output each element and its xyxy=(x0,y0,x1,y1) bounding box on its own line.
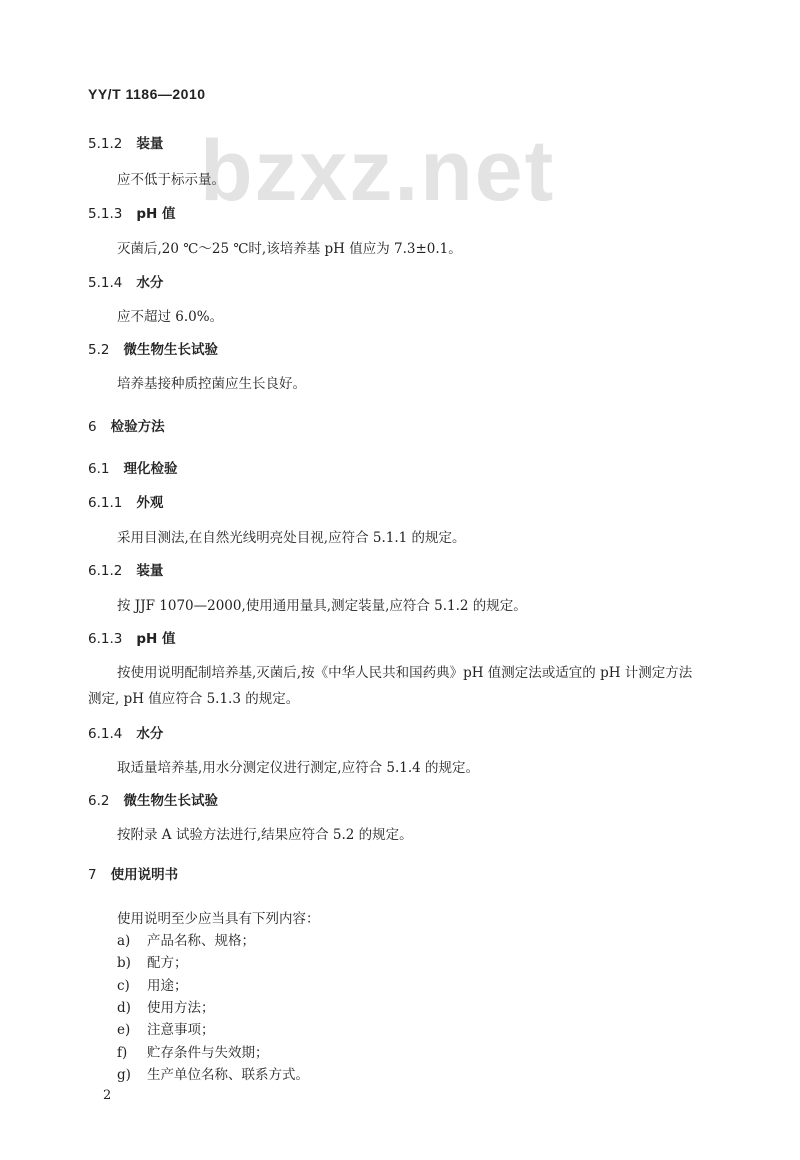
section-heading: 6.1理化检验 xyxy=(88,460,177,478)
section-heading: 7使用说明书 xyxy=(88,866,178,884)
section-title: 装量 xyxy=(136,563,163,579)
list-item: e)注意事项； xyxy=(117,1021,215,1039)
list-text: 使用方法； xyxy=(147,1000,215,1016)
section-heading: 6.1.2装量 xyxy=(88,562,163,580)
list-item: f)贮存条件与失效期； xyxy=(117,1044,269,1062)
section-number: 5.1.3 xyxy=(88,205,122,223)
list-text: 贮存条件与失效期； xyxy=(147,1045,269,1061)
list-item: d)使用方法； xyxy=(117,999,215,1017)
body-paragraph: 使用说明至少应当具有下列内容： xyxy=(117,910,320,928)
page-number: 2 xyxy=(103,1088,111,1103)
section-number: 5.2 xyxy=(88,341,109,359)
section-title: 理化检验 xyxy=(123,461,177,477)
section-title: pH 值 xyxy=(136,631,175,647)
list-marker: e) xyxy=(117,1021,147,1039)
list-text: 注意事项； xyxy=(147,1022,215,1038)
list-item: b)配方； xyxy=(117,954,188,972)
list-marker: f) xyxy=(117,1044,147,1062)
section-number: 6.1.1 xyxy=(88,494,122,512)
section-title: 微生物生长试验 xyxy=(123,342,218,358)
list-marker: d) xyxy=(117,999,147,1017)
list-text: 配方； xyxy=(147,955,188,971)
watermark: bzxz.net xyxy=(200,128,555,214)
section-title: 装量 xyxy=(136,136,163,152)
list-text: 用途； xyxy=(147,978,188,994)
section-heading: 6检验方法 xyxy=(88,418,165,436)
list-item: g)生产单位名称、联系方式。 xyxy=(117,1066,309,1084)
section-title: 外观 xyxy=(136,495,163,511)
section-title: 水分 xyxy=(136,275,163,291)
section-title: 检验方法 xyxy=(111,419,165,435)
body-paragraph: 按附录 A 试验方法进行,结果应符合 5.2 的规定。 xyxy=(117,826,413,844)
list-text: 生产单位名称、联系方式。 xyxy=(147,1067,309,1083)
list-item: c)用途； xyxy=(117,977,188,995)
section-heading: 5.1.4水分 xyxy=(88,274,163,292)
section-heading: 5.1.2装量 xyxy=(88,135,163,153)
section-heading: 6.1.3pH 值 xyxy=(88,630,176,648)
body-paragraph: 灭菌后,20 ℃～25 ℃时,该培养基 pH 值应为 7.3±0.1。 xyxy=(117,240,462,258)
section-number: 6.1 xyxy=(88,460,109,478)
list-marker: c) xyxy=(117,977,147,995)
section-number: 6.1.2 xyxy=(88,562,122,580)
section-number: 6.1.4 xyxy=(88,725,122,743)
section-title: 使用说明书 xyxy=(111,867,179,883)
body-paragraph: 按使用说明配制培养基,灭菌后,按《中华人民共和国药典》pH 值测定法或适宜的 p… xyxy=(117,664,692,682)
body-paragraph: 培养基接种质控菌应生长良好。 xyxy=(117,375,306,393)
section-number: 6.2 xyxy=(88,792,109,810)
section-number: 5.1.4 xyxy=(88,274,122,292)
body-paragraph: 应不低于标示量。 xyxy=(117,171,225,189)
section-heading: 5.1.3pH 值 xyxy=(88,205,176,223)
section-heading: 6.1.4水分 xyxy=(88,725,163,743)
body-paragraph: 取适量培养基,用水分测定仪进行测定,应符合 5.1.4 的规定。 xyxy=(117,759,479,777)
section-title: 水分 xyxy=(136,726,163,742)
body-paragraph: 采用目测法,在自然光线明亮处目视,应符合 5.1.1 的规定。 xyxy=(117,529,466,547)
section-title: 微生物生长试验 xyxy=(123,793,218,809)
section-heading: 6.2微生物生长试验 xyxy=(88,792,218,810)
body-paragraph: 测定, pH 值应符合 5.1.3 的规定。 xyxy=(88,690,299,708)
list-text: 产品名称、规格； xyxy=(147,933,255,949)
body-paragraph: 按 JJF 1070—2000,使用通用量具,测定装量,应符合 5.1.2 的规… xyxy=(117,597,527,615)
document-page: YY/T 1186—2010 bzxz.net 5.1.2装量应不低于标示量。5… xyxy=(0,0,800,1160)
standard-code: YY/T 1186—2010 xyxy=(88,86,206,102)
body-paragraph: 应不超过 6.0%。 xyxy=(117,308,223,326)
list-marker: b) xyxy=(117,954,147,972)
list-item: a)产品名称、规格； xyxy=(117,932,255,950)
section-title: pH 值 xyxy=(136,206,175,222)
section-number: 7 xyxy=(88,866,97,884)
list-marker: g) xyxy=(117,1066,147,1084)
section-number: 6 xyxy=(88,418,97,436)
section-heading: 6.1.1外观 xyxy=(88,494,163,512)
section-number: 6.1.3 xyxy=(88,630,122,648)
section-heading: 5.2微生物生长试验 xyxy=(88,341,218,359)
list-marker: a) xyxy=(117,932,147,950)
section-number: 5.1.2 xyxy=(88,135,122,153)
